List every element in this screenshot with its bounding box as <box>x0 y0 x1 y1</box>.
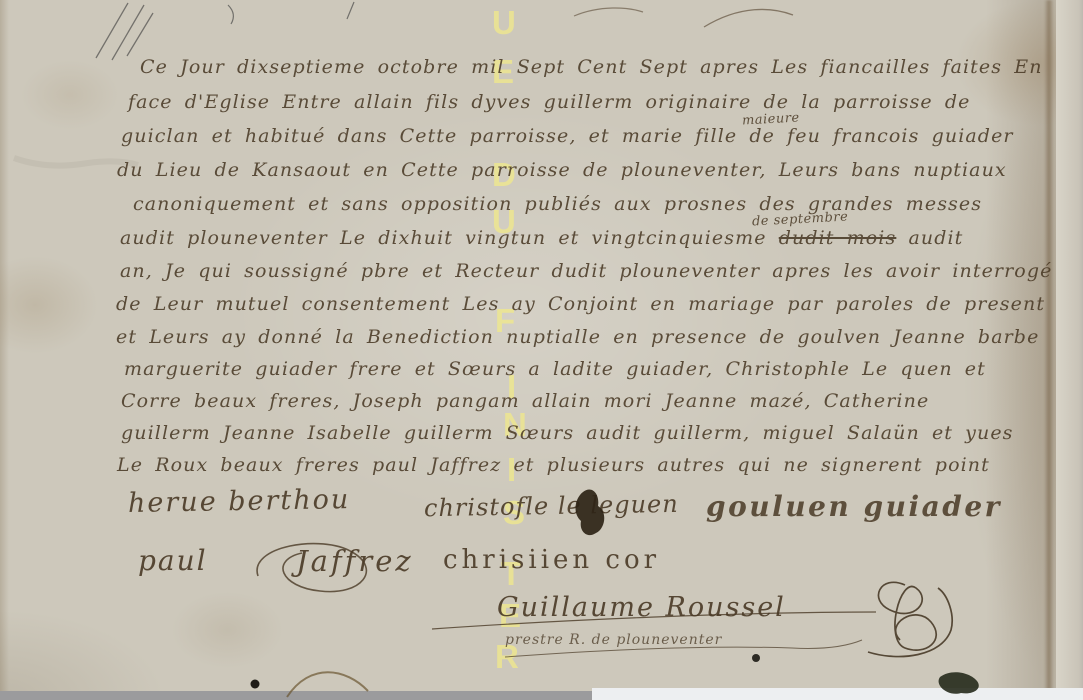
stray-mark-top <box>228 5 233 24</box>
cropped-flourish-top-right <box>704 9 793 27</box>
verso-bleedthrough <box>14 158 138 166</box>
roussel-underline <box>432 612 876 629</box>
prestre-underline <box>505 640 862 657</box>
cropped-flourish-bottom <box>287 672 368 697</box>
manuscript-scan: U E D U F I N I S T E R Ce Jour dixsepti… <box>0 0 1083 700</box>
stray-tick-top <box>347 2 354 19</box>
ink-dot-bottom <box>752 654 760 662</box>
roussel-paraph <box>868 582 952 656</box>
ink-marks-layer <box>0 0 1083 700</box>
ink-blot-bottom-right <box>939 672 979 694</box>
ink-dot-bottom-left <box>251 680 260 689</box>
ink-blot-christofle <box>575 490 604 536</box>
jaffrez-flourish <box>257 544 366 592</box>
cropped-strokes-top-left <box>96 3 153 60</box>
cropped-flourish-top-center <box>574 8 643 16</box>
